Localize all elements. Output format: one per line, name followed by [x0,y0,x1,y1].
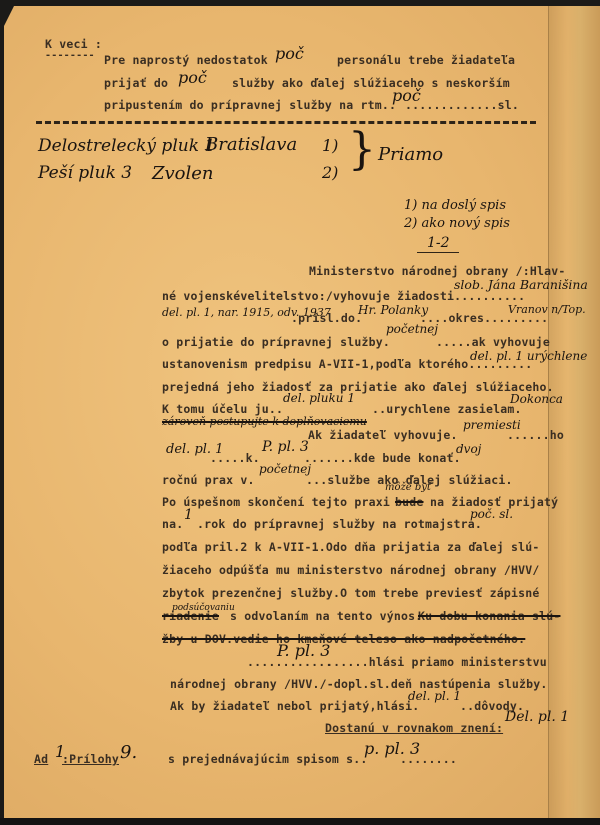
body-line-19-b: ......hlási priamo ministerstvu [326,655,547,669]
body-line-22: Dostanú v rovnakom znení: [325,721,503,735]
body-line-4-hw: početnej [386,322,438,336]
subject-line-1-post: personálu trebe žiadateľa [337,53,515,67]
distribution-city-2: Zvolen [152,163,214,184]
body-line-5-hw: del. pl. 1 urýchlene [470,349,587,363]
body-line-22-hw: Del. pl. 1 [505,709,569,725]
body-line-7: K tomu účelu ju.. [162,402,283,416]
body-line-20: národnej obrany /HVV./-dopl.sl.deň nastú… [170,677,548,691]
body-line-13-b: .rok do prípravnej služby na rotmajstra. [197,517,482,531]
body-line-3-hw2: Vranov n/Top. [508,303,586,316]
body-line-12-hw-above: môže byť [385,482,431,493]
body-line-8-struck: zároveň postupujte k doplňovaciemu [162,415,367,428]
body-line-21: Ak by žiadateľ nebol prijatý,hlási. [170,699,419,713]
distribution-num-2: 2) [322,163,338,182]
copy-note-2: 2) ako nový spis [404,216,510,231]
footer-prilohy-hw: 9. [120,742,137,763]
body-line-21-hw: del. pl. 1 [408,689,461,703]
subject-line-1-hw: poč [275,44,304,63]
distribution-num-1: 1) [322,136,338,155]
body-line-14: podľa pril.2 k A-VII-1.Odo dňa prijatia … [162,540,540,554]
body-line-9: Ak žiadateľ vyhovuje. [308,428,458,442]
body-line-6: prejedná jeho žiadosť za prijatie ako ďa… [162,380,554,394]
subject-label: K veci : [45,37,102,51]
body-line-15: žiaceho odpúšťa mu ministerstvo národnej… [162,563,540,577]
body-line-10-b: .......kde bude konať. [304,451,461,465]
separator-rule [36,121,536,127]
subject-line-2-post: služby ako ďalej slúžiaceho s neskorším [232,76,510,90]
body-line-11-hw: početnej [259,462,311,476]
body-line-17: s odvolaním na tento výnos. [230,609,422,623]
copy-note-underline [417,252,459,253]
body-line-13-hw2: poč. sl. [470,507,513,521]
body-line-10-hw2: dvoj [456,442,481,456]
body-line-3: .prísl.do. [291,311,362,325]
body-line-1: Ministerstvo národnej obrany /:Hlav- [309,264,565,278]
subject-line-2-hw: poč [178,68,207,87]
distribution-unit-1: Delostrelecký pluk 1 [38,136,215,156]
body-line-13: na. [162,517,183,531]
body-line-17-struck: riadenie [162,609,219,623]
body-line-11: ročnú prax v. [162,473,255,487]
page-bottom-edge [0,818,600,825]
body-line-4-b: .....ak vyhovuje [436,335,550,349]
body-line-2-hw: slob. Jána Baranišina [454,277,588,292]
subject-dashes: -------- [45,50,95,61]
body-line-9-b: ......ho [507,428,564,442]
body-line-19-hw: P. pl. 3 [277,641,330,660]
distribution-city-1: Bratislava [205,134,297,155]
subject-line-3-post: .............sl. [405,98,519,112]
body-line-16: zbytok prezenčnej služby.O tom trebe pre… [162,586,540,600]
distribution-note: Priamo [378,144,443,165]
distribution-unit-2: Peší pluk 3 [38,163,132,183]
brace-icon: } [348,128,376,172]
body-line-13-hw: 1 [184,507,193,523]
copy-note-1: 1) na doslý spis [404,198,506,213]
subject-line-2-pre: prijať do [104,76,168,90]
body-line-7-hw2: Dokonca [510,392,563,406]
footer-attachment-text: s prejednávajúcim spisom s.. [168,752,367,766]
body-line-4: o prijatie do prípravnej služby. [162,335,390,349]
body-line-10-hw: P. pl. 3 [262,439,309,455]
footer-attachment-dots: ........ [400,752,457,766]
footer-ad-label: Ad [34,752,48,766]
subject-line-1-pre: Pre naprostý nedostatok [104,53,268,67]
body-line-7-b: ..urychlene zasielam. [372,402,522,416]
body-line-18-struck: žby u DOV.vedie ho kmeňové teleso ako na… [162,632,525,646]
subject-line-3-pre: pripustením do prípravnej služby na rtm.… [104,98,396,112]
page-fold [548,6,600,820]
body-line-12: Po úspešnom skončení tejto praxi [162,495,390,509]
copy-note-range: 1-2 [427,235,450,251]
body-line-10: .....k. [210,451,260,465]
body-line-7-hw: del. pluku 1 [283,391,355,405]
body-line-3-hw: Hr. Polanky [358,303,428,317]
body-line-17-struck2: Ku dobu konania slú- [418,609,560,623]
body-line-12-struck: bude [395,495,424,509]
footer-prilohy-label: :Prílohy [62,752,119,766]
